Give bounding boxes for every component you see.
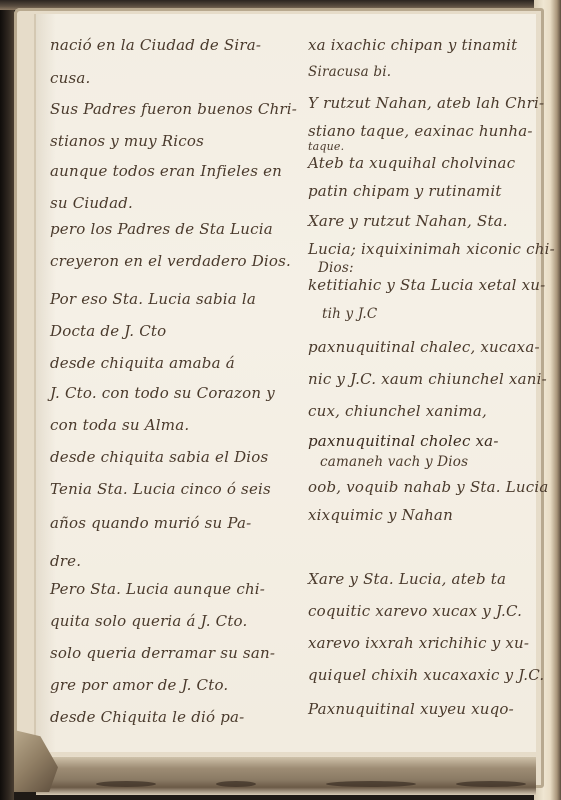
spanish-line: dre.	[50, 552, 81, 570]
maya-line: paxnuquitinal chalec, xucaxa-	[308, 338, 540, 356]
maya-line: nic y J.C. xaum chiunchel xani-	[308, 370, 547, 388]
spanish-line: Por eso Sta. Lucia sabia la	[50, 290, 256, 308]
spanish-line: Docta de J. Cto	[50, 322, 166, 340]
spanish-line: quita solo queria á J. Cto.	[50, 612, 247, 630]
maya-line: Siracusa bi.	[308, 64, 391, 80]
maya-line: quiquel chixih xucaxaxic y J.C.	[308, 666, 544, 684]
spanish-line: desde Chiquita le dió pa-	[50, 708, 244, 726]
maya-line: xixquimic y Nahan	[308, 506, 453, 524]
page-writing-area: nació en la Ciudad de Sira- xa ixachic c…	[34, 14, 536, 752]
spanish-line: Pero Sta. Lucia aunque chi-	[50, 580, 265, 598]
ink-stain	[456, 781, 526, 787]
maya-line: Ateb ta xuquihal cholvinac	[308, 154, 515, 172]
spanish-line: cusa.	[50, 69, 90, 87]
ink-stain	[96, 781, 156, 787]
spanish-line: pero los Padres de Sta Lucia	[50, 220, 273, 238]
maya-line: Dios:	[318, 260, 354, 276]
maya-line: coquitic xarevo xucax y J.C.	[308, 602, 522, 620]
fore-edge-bottom	[36, 756, 536, 795]
ink-stain	[326, 781, 416, 787]
spanish-line: nació en la Ciudad de Sira-	[50, 36, 261, 54]
maya-line: Y rutzut Nahan, ateb lah Chri-	[308, 94, 544, 112]
spanish-line: aunque todos eran Infieles en	[50, 162, 282, 180]
spanish-line: desde chiquita sabia el Dios	[50, 448, 268, 466]
maya-line: cux, chiunchel xanima,	[308, 402, 487, 420]
maya-line: Xare y Sta. Lucia, ateb ta	[308, 570, 506, 588]
maya-line: xarevo ixxrah xrichihic y xu-	[308, 634, 529, 652]
maya-line: stiano taque, eaxinac hunha-	[308, 122, 533, 140]
spanish-line: años quando murió su Pa-	[50, 514, 251, 532]
maya-line: camaneh vach y Dios	[320, 454, 468, 470]
maya-line: taque.	[308, 140, 344, 153]
manuscript-page: nació en la Ciudad de Sira- xa ixachic c…	[14, 8, 544, 788]
maya-line: ketitiahic y Sta Lucia xetal xu-	[308, 276, 545, 294]
spanish-line: solo queria derramar su san-	[50, 644, 275, 662]
manuscript-scan: nació en la Ciudad de Sira- xa ixachic c…	[0, 0, 561, 800]
maya-line: Lucia; ixquixinimah xiconic chi-	[308, 240, 555, 258]
spanish-line: Sus Padres fueron buenos Chri-	[50, 100, 297, 118]
spanish-line: creyeron en el verdadero Dios.	[50, 252, 291, 270]
spanish-line: gre por amor de J. Cto.	[50, 676, 228, 694]
maya-line: Xare y rutzut Nahan, Sta.	[308, 212, 508, 230]
maya-line: patin chipam y rutinamit	[308, 182, 502, 200]
maya-line: tih y J.C	[322, 306, 377, 322]
spanish-line: Tenia Sta. Lucia cinco ó seis	[50, 480, 271, 498]
maya-line: paxnuquitinal cholec xa-	[308, 432, 499, 450]
spanish-line: su Ciudad.	[50, 194, 133, 212]
spanish-line: J. Cto. con todo su Corazon y	[50, 384, 275, 402]
spanish-line: desde chiquita amaba á	[50, 354, 235, 372]
maya-line: oob, voquib nahab y Sta. Lucia	[308, 478, 549, 496]
book-binding	[0, 0, 14, 800]
maya-line: Paxnuquitinal xuyeu xuqo-	[308, 700, 514, 718]
ink-stain	[216, 781, 256, 787]
maya-line: xa ixachic chipan y tinamit	[308, 36, 517, 54]
spanish-line: stianos y muy Ricos	[50, 132, 204, 150]
spanish-line: con toda su Alma.	[50, 416, 189, 434]
